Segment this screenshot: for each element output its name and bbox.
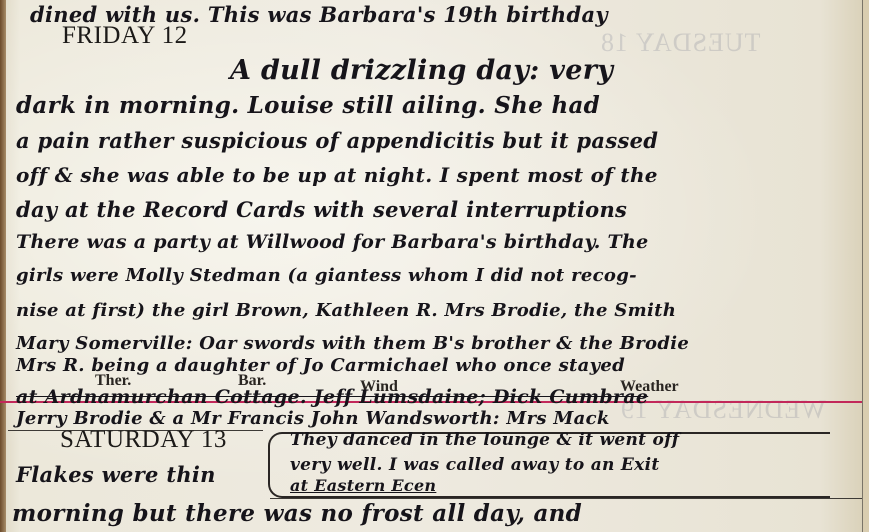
entry-line: girls were Molly Stedman (a giantess who… <box>16 265 637 286</box>
bleed-through-heading: WEDNESDAY 19 <box>620 395 826 425</box>
entry-line: Flakes were thin <box>16 462 216 487</box>
entry-line-struck: at Ardnamurchan Cottage. Jeff Lumsdaine;… <box>16 386 648 408</box>
bleed-through-heading: TUESDAY 18 <box>600 28 760 58</box>
entry-line: dark in morning. Louise still ailing. Sh… <box>16 92 600 119</box>
entry-line: day at the Record Cards with several int… <box>16 197 627 222</box>
entry-line: nise at first) the girl Brown, Kathleen … <box>16 300 676 321</box>
bracket-note-line: They danced in the lounge & it went off <box>290 430 679 450</box>
page-binding-edge <box>0 0 6 532</box>
bracket-note-line: at Eastern Ecen <box>290 476 436 495</box>
entry-line: off & she was able to be up at night. I … <box>16 163 658 187</box>
diary-page: TUESDAY 18 WEDNESDAY 19 dined with us. T… <box>0 0 869 532</box>
entry-rule <box>270 498 862 499</box>
bracket-note-line: very well. I was called away to an Exit <box>290 455 660 475</box>
entry-line: Mary Somerville: Oar swords with them B'… <box>16 333 689 354</box>
entry-line: A dull drizzling day: very <box>230 55 613 86</box>
entry-line: a pain rather suspicious of appendicitis… <box>16 128 658 153</box>
day-heading-friday: FRIDAY 12 <box>62 22 188 50</box>
entry-line: morning but there was no frost all day, … <box>12 500 582 527</box>
day-heading-saturday: SATURDAY 13 <box>60 426 227 454</box>
entry-line: There was a party at Willwood for Barbar… <box>16 231 648 253</box>
right-page-edge <box>863 0 869 532</box>
